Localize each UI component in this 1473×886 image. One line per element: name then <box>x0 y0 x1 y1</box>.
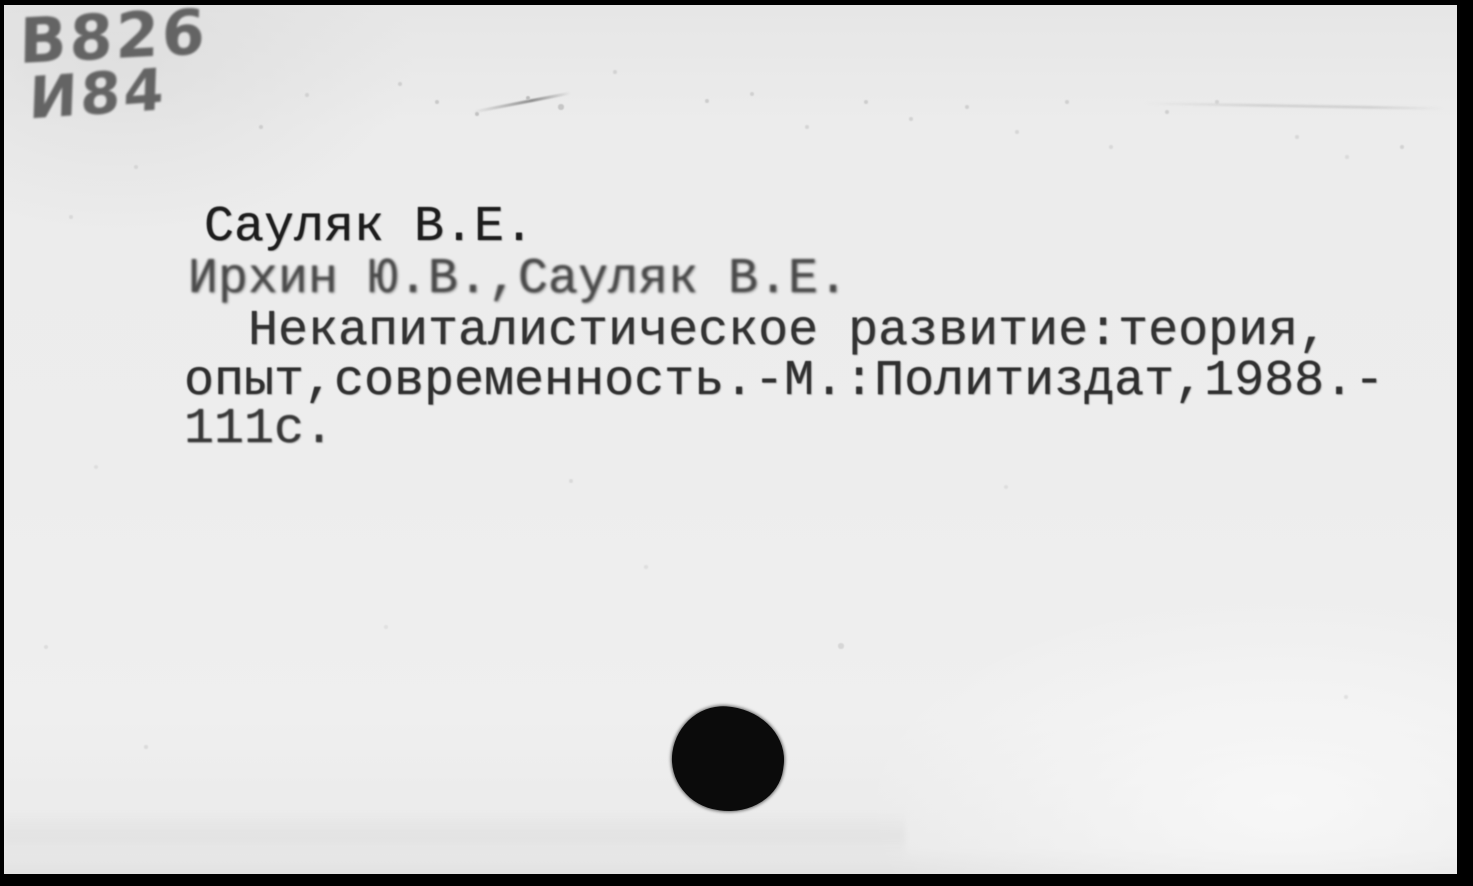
punch-hole <box>665 700 790 819</box>
call-number-author-mark: И84 <box>28 59 168 127</box>
pagination-line: 111с. <box>184 405 334 455</box>
scan-noise-speckles <box>4 5 6 7</box>
faint-smudge-line <box>1144 102 1444 109</box>
imprint-line: опыт,современность.-М.:Политиздат,1988.- <box>184 357 1384 407</box>
card-surface: В826 И84 Сауляк В.Е. Ирхин Ю.В.,Сауляк В… <box>4 5 1457 874</box>
scratch-mark <box>473 91 572 113</box>
authors-statement: Ирхин Ю.В.,Сауляк В.Е. <box>188 255 848 305</box>
scanned-catalog-card: В826 И84 Сауляк В.Е. Ирхин Ю.В.,Сауляк В… <box>0 0 1473 886</box>
author-heading: Сауляк В.Е. <box>204 203 534 253</box>
title-line: Некапиталистическое развитие:теория, <box>248 307 1328 357</box>
scan-smear-band <box>4 813 905 859</box>
